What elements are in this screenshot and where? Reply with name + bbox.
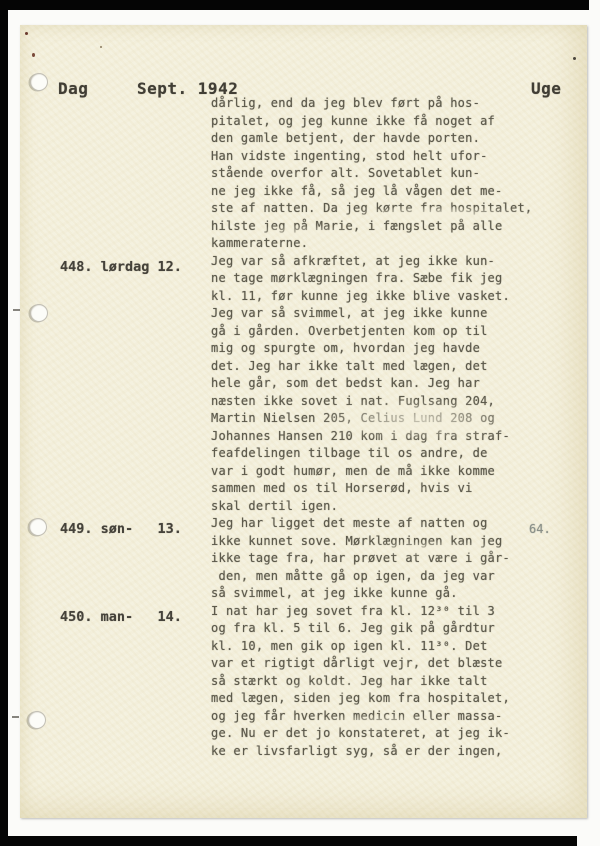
punch-hole bbox=[30, 304, 48, 322]
ink-speck bbox=[25, 32, 28, 35]
scan-border-left bbox=[0, 0, 8, 846]
scanned-diary-page: Dag Sept. 1942 Uge 448. lørdag 12. 449. … bbox=[0, 0, 600, 846]
ink-speck bbox=[573, 57, 576, 60]
entry-label-449: 449. søn- 13. bbox=[60, 521, 182, 537]
scan-border-top bbox=[0, 0, 589, 10]
punch-hole bbox=[28, 711, 46, 729]
entry-label-448: 448. lørdag 12. bbox=[60, 259, 182, 275]
edge-dash bbox=[12, 716, 19, 718]
form-header-week: Uge bbox=[531, 79, 561, 98]
scan-border-bottom bbox=[0, 836, 577, 846]
entry-label-450: 450. man- 14. bbox=[60, 609, 182, 625]
ink-speck bbox=[32, 53, 35, 57]
form-header-day: Dag bbox=[58, 79, 88, 98]
diary-body-text: dårlig, end da jeg blev ført på hos- pit… bbox=[211, 95, 532, 760]
punch-hole bbox=[30, 73, 48, 91]
edge-dash bbox=[13, 309, 20, 311]
ink-speck bbox=[100, 46, 102, 48]
punch-hole bbox=[29, 518, 47, 536]
marginal-number: 64. bbox=[529, 522, 551, 536]
